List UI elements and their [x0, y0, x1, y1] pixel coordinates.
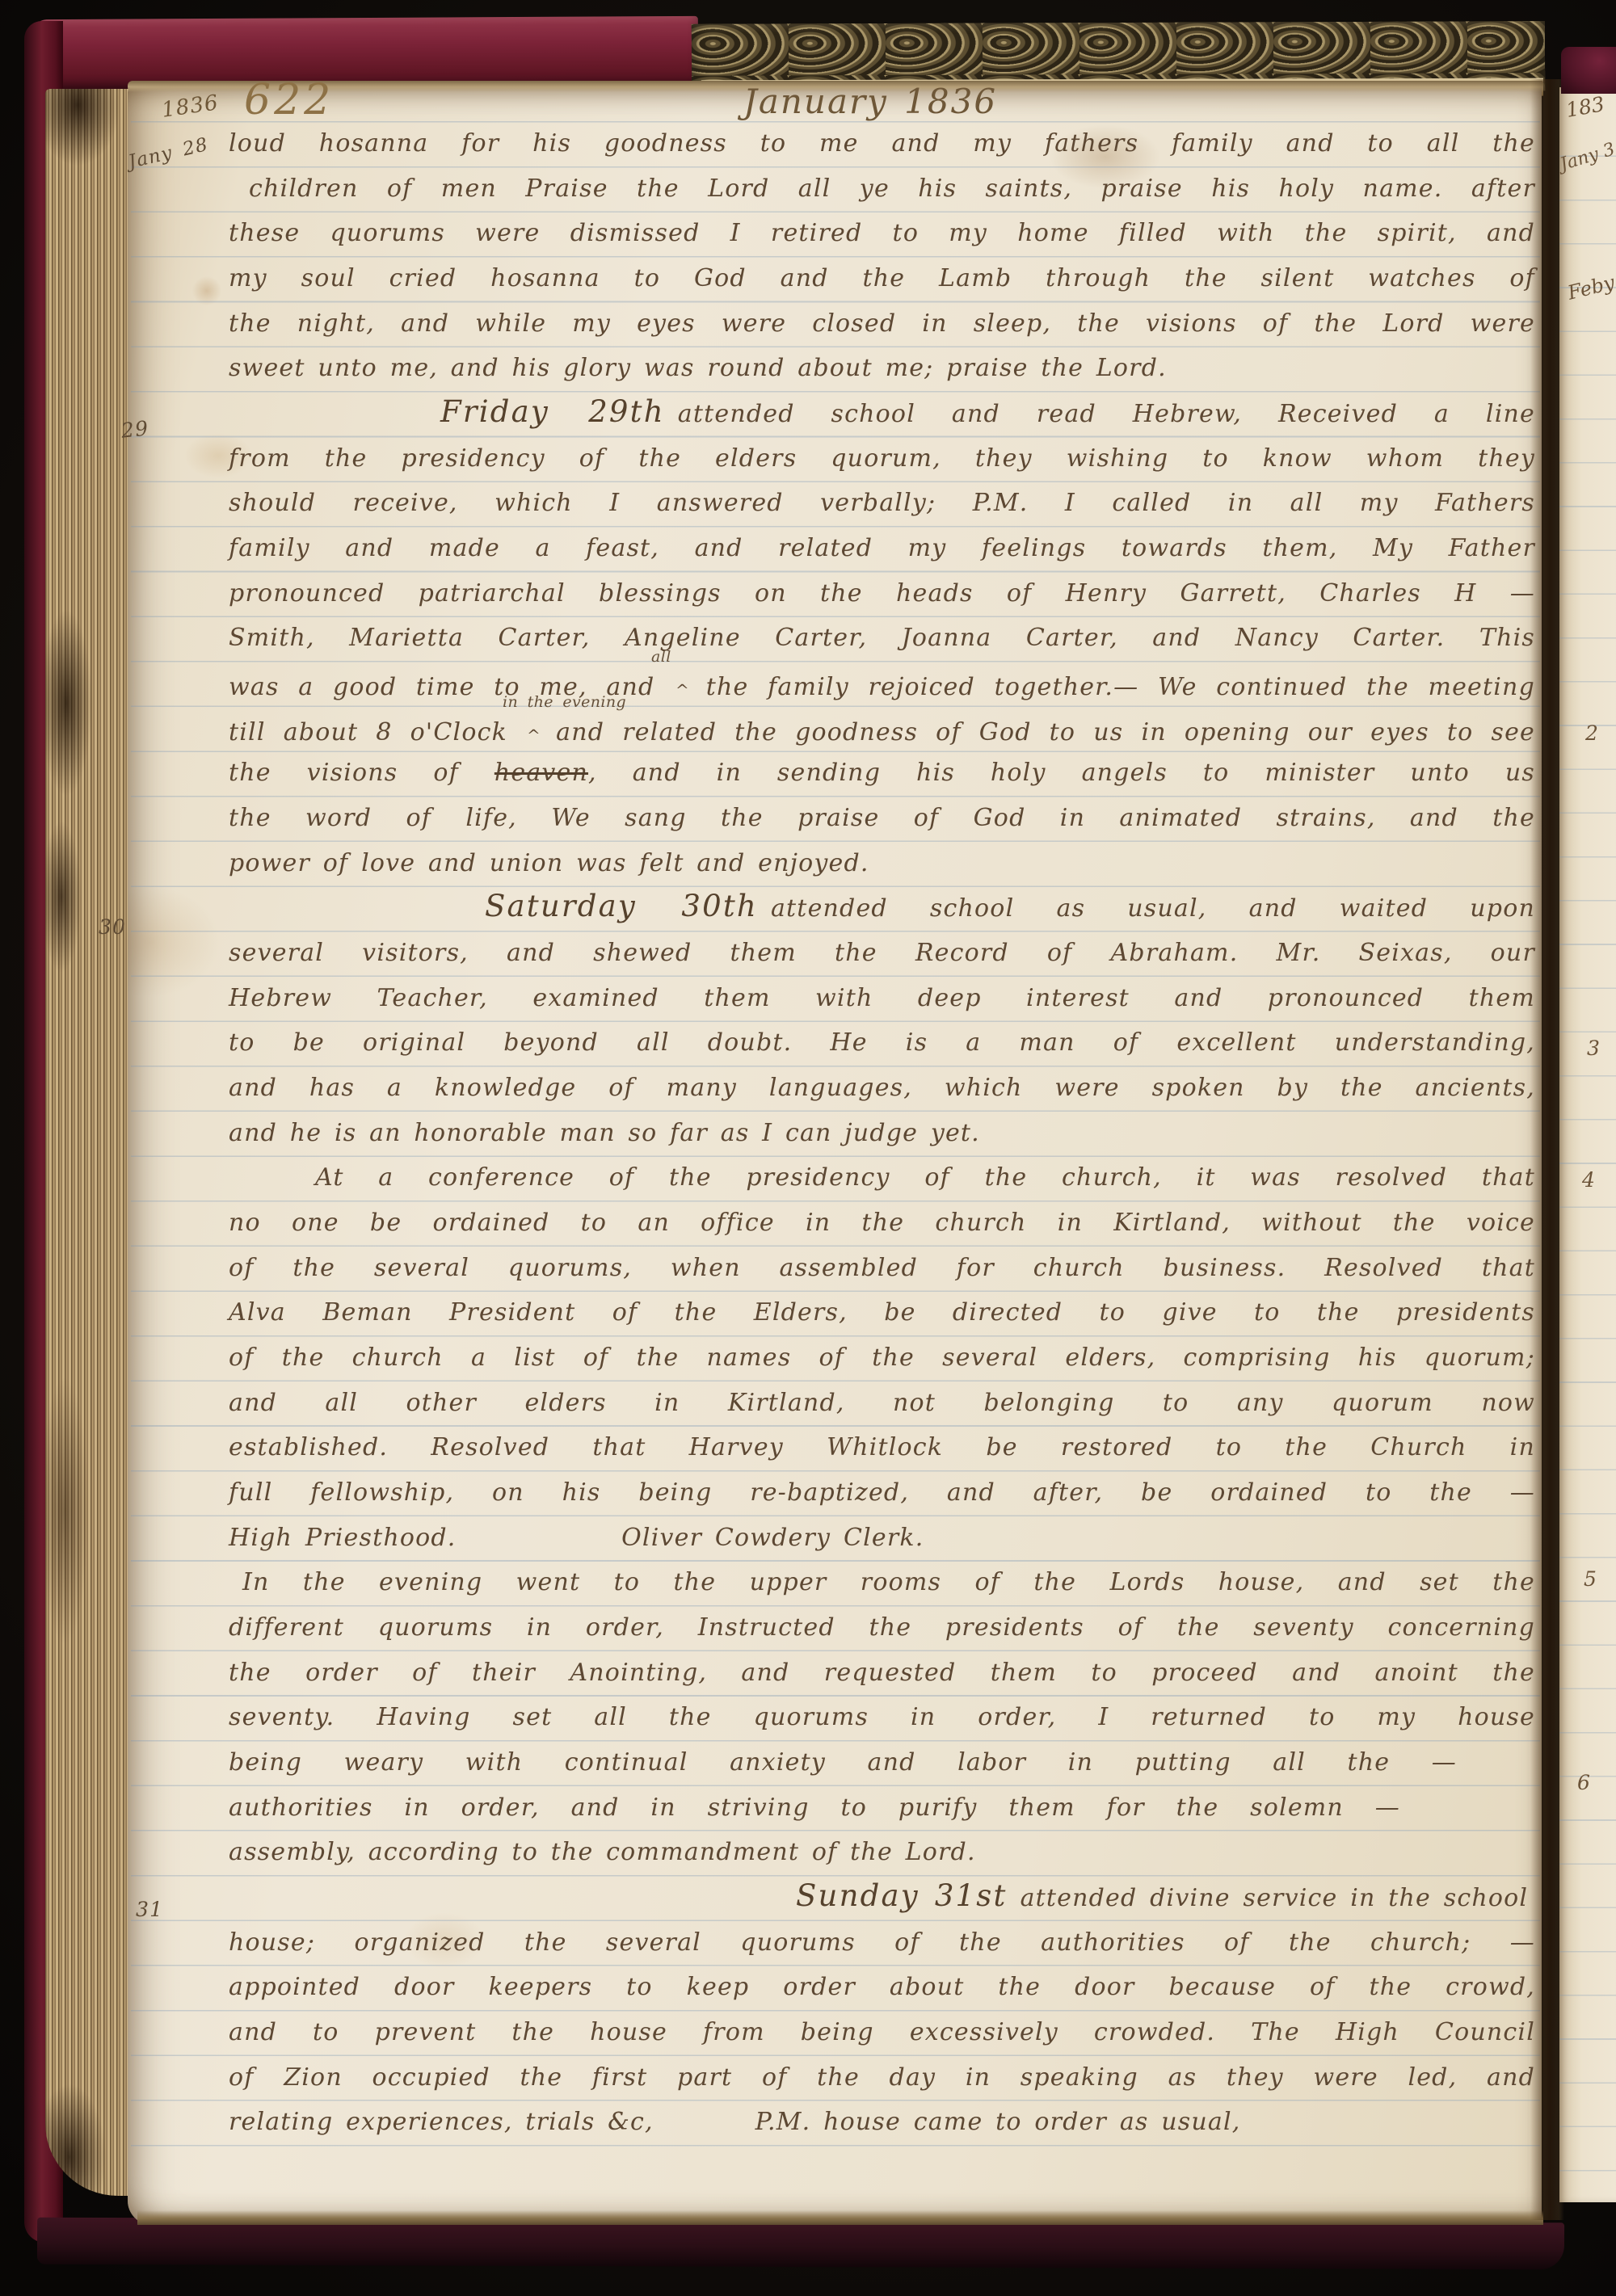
journal-line: established. Resolved that Harvey Whitlo…: [229, 1432, 1535, 1469]
journal-line: should receive, which I answered verball…: [229, 487, 1535, 524]
journal-line: seventy. Having set all the quorums in o…: [229, 1701, 1535, 1739]
journal-line: of the several quorums, when assembled f…: [229, 1252, 1535, 1289]
journal-line: family and made a feast, and related my …: [229, 532, 1535, 570]
journal-line: and he is an honorable man so far as I c…: [229, 1117, 980, 1150]
insertion-text: in the evening: [503, 686, 626, 718]
journal-line-entry-heading: Sunday 31stattended divine service in th…: [796, 1880, 1528, 1915]
caret-mark: ^: [527, 719, 541, 751]
page-number: 622: [244, 84, 334, 116]
facing-page-day-fragment: 4: [1582, 1168, 1595, 1192]
facing-page-day-fragment: 2: [1585, 721, 1598, 745]
journal-line: full fellowship, on his being re-baptize…: [229, 1477, 1535, 1514]
entry-day-heading: Sunday 31st: [796, 1878, 1008, 1913]
book-cover-corner: [1561, 47, 1616, 94]
month-header: January 1836: [743, 86, 997, 118]
journal-line-with-strikethrough: the visions of heaven, and in sending hi…: [229, 757, 1535, 794]
entry-day-heading: Friday 29th: [440, 394, 665, 429]
interlinear-insertion: all^: [674, 667, 687, 695]
journal-line: being weary with continual anxiety and l…: [229, 1747, 1457, 1784]
journal-line: from the presidency of the elders quorum…: [229, 443, 1535, 480]
entry-day-heading: Saturday 30th: [485, 889, 758, 923]
journal-line-with-insertion: till about 8 o'Clock in the evening^ and…: [229, 713, 1535, 750]
journal-line: and all other elders in Kirtland, not be…: [229, 1387, 1535, 1424]
journal-line: the order of their Anointing, and reques…: [229, 1657, 1535, 1694]
journal-line: relating experiences, trials &c, P.M. ho…: [229, 2106, 1241, 2138]
caret-mark: ^: [675, 674, 690, 706]
margin-date-31: 31: [136, 1894, 163, 1926]
entry-heading-rest: attended school as usual, and waited upo…: [771, 894, 1535, 923]
journal-line: children of men Praise the Lord all ye h…: [249, 173, 1535, 210]
journal-line: power of love and union was felt and enj…: [229, 847, 869, 880]
journal-line: different quorums in order, Instructed t…: [229, 1612, 1535, 1649]
journal-line: several visitors, and shewed them the Re…: [229, 937, 1535, 974]
journal-line: pronounced patriarchal blessings on the …: [229, 578, 1535, 615]
journal-line: Hebrew Teacher, examined them with deep …: [229, 982, 1535, 1020]
page-stack-fore-edge: [45, 89, 139, 2196]
insertion-text: all: [651, 641, 671, 673]
margin-date-29: 29: [120, 412, 150, 447]
entry-heading-rest: attended divine service in the school: [1021, 1884, 1529, 1912]
journal-line: assembly, according to the commandment o…: [229, 1836, 976, 1869]
margin-date-30: 30: [99, 911, 126, 944]
line-pre: the visions of: [229, 759, 459, 787]
facing-page-ruled-lines: [1559, 113, 1616, 2181]
journal-line: At a conference of the presidency of the…: [315, 1162, 1535, 1199]
line-pre: till about 8 o'Clock: [229, 718, 507, 746]
journal-line: In the evening went to the upper rooms o…: [242, 1566, 1535, 1604]
journal-line: appointed door keepers to keep order abo…: [229, 1971, 1535, 2008]
journal-line: sweet unto me, and his glory was round a…: [229, 352, 1167, 385]
journal-line: to be original beyond all doubt. He is a…: [229, 1027, 1535, 1064]
journal-line: the night, and while my eyes were closed…: [229, 308, 1535, 345]
page-bottom-edge: [137, 2210, 1543, 2225]
facing-page-day-fragment: 5: [1584, 1567, 1597, 1591]
journal-line: and to prevent the house from being exce…: [229, 2016, 1535, 2054]
journal-line: Smith, Marietta Carter, Angeline Carter,…: [229, 622, 1535, 659]
interlinear-insertion: in the evening^: [525, 713, 538, 740]
journal-line: authorities in order, and in striving to…: [229, 1792, 1400, 1829]
journal-line-entry-heading: Friday 29thattended school and read Hebr…: [440, 396, 1535, 433]
facing-page-day-fragment: 3: [1587, 1037, 1600, 1060]
journal-line: and has a knowledge of many languages, w…: [229, 1072, 1535, 1109]
journal-line-entry-heading: Saturday 30thattended school as usual, a…: [485, 890, 1535, 927]
journal-line: my soul cried hosanna to God and the Lam…: [229, 263, 1535, 300]
line-post: and related the goodness of God to us in…: [556, 718, 1535, 746]
line-post: the family rejoiced together.— We contin…: [706, 673, 1535, 701]
journal-line: no one be ordained to an office in the c…: [229, 1207, 1535, 1244]
journal-line: house; organized the several quorums of …: [229, 1927, 1535, 1964]
journal-line: the word of life, We sang the praise of …: [229, 802, 1535, 839]
journal-line: of Zion occupied the first part of the d…: [229, 2062, 1535, 2099]
journal-photo: { "book": { "page_number": "622", "year_…: [0, 0, 1616, 2296]
journal-line-with-insertion: was a good time to me, and all^ the fami…: [229, 667, 1535, 704]
book-cover-bottom-edge: [37, 2218, 1564, 2270]
journal-line: High Priesthood. Oliver Cowdery Clerk.: [229, 1522, 924, 1554]
struck-word: heaven: [494, 759, 588, 787]
line-post: , and in sending his holy angels to mini…: [588, 759, 1535, 787]
journal-line: Alva Beman President of the Elders, be d…: [229, 1297, 1535, 1334]
entry-heading-rest: attended school and read Hebrew, Receive…: [678, 400, 1535, 428]
facing-page-day-fragment: 6: [1577, 1771, 1590, 1794]
journal-line: these quorums were dismissed I retired t…: [229, 217, 1535, 254]
journal-line: of the church a list of the names of the…: [229, 1342, 1535, 1379]
journal-line: loud hosanna for his goodness to me and …: [229, 128, 1535, 165]
